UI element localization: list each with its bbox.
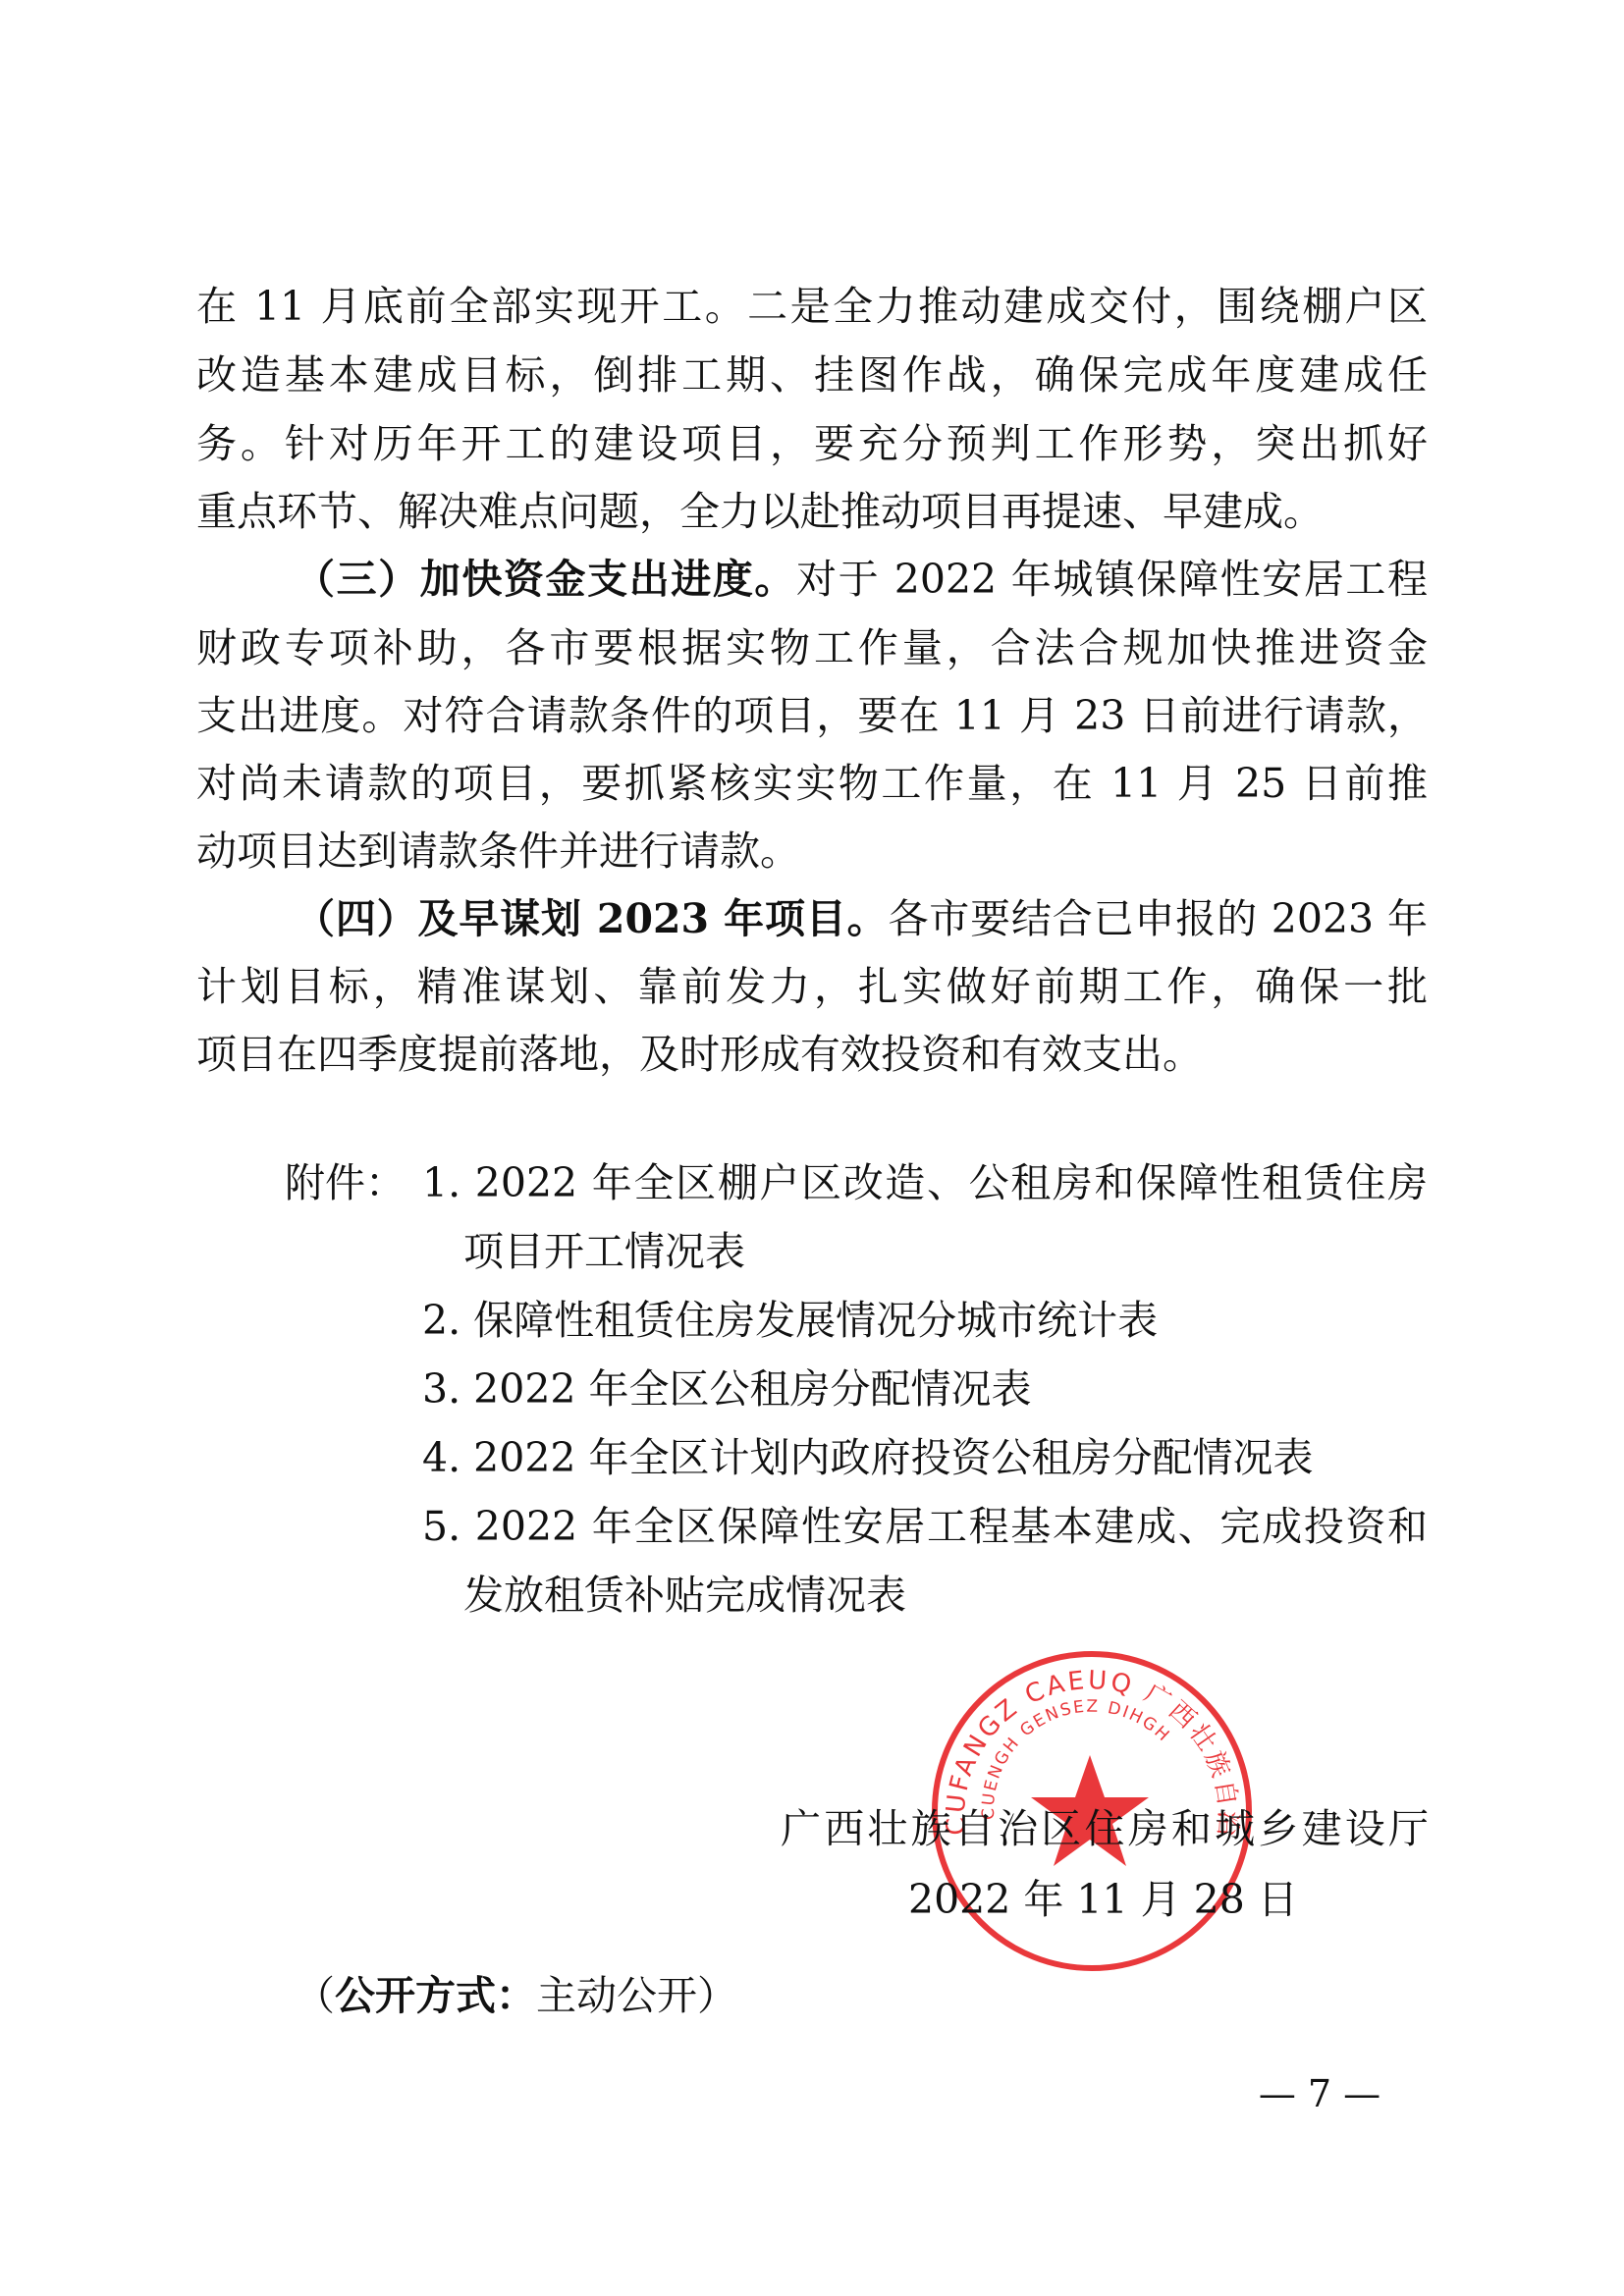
body-line: 财政专项补助，各市要根据实物工作量，合法合规加快推进资金 <box>196 614 1428 682</box>
attachments-label: 附件： <box>285 1148 406 1217</box>
body-line: 在 11 月底前全部实现开工。二是全力推动建成交付，围绕棚户区 <box>196 272 1428 341</box>
body-line: 重点环节、解决难点问题，全力以赴推动项目再提速、早建成。 <box>196 477 1428 546</box>
document-page: 在 11 月底前全部实现开工。二是全力推动建成交付，围绕棚户区 改造基本建成目标… <box>0 0 1624 2296</box>
attachment-item-5: 5. 2022 年全区保障性安居工程基本建成、完成投资和 <box>422 1492 1428 1561</box>
page-number: — 7 — <box>1257 2069 1382 2118</box>
disclosure-label: 公开方式： <box>335 1972 536 2019</box>
body-line: 务。针对历年开工的建设项目，要充分预判工作形势，突出抓好 <box>196 409 1428 478</box>
disclosure-line: （公开方式：主动公开） <box>295 1961 737 2030</box>
section-3-first-line: （三）加快资金支出进度。对于 2022 年城镇保障性安居工程 <box>295 545 1428 614</box>
issuer-name: 广西壮族自治区住房和城乡建设厅 <box>781 1794 1429 1863</box>
attachment-item-3: 3. 2022 年全区公租房分配情况表 <box>422 1355 1428 1423</box>
disclosure-value: 主动公开 <box>536 1972 697 2019</box>
body-line: 项目在四季度提前落地，及时形成有效投资和有效支出。 <box>196 1020 1428 1089</box>
attachment-item-1: 1. 2022 年全区棚户区改造、公租房和保障性租赁住房 <box>422 1148 1428 1217</box>
section-3-heading: （三）加快资金支出进度。 <box>295 556 796 603</box>
body-line: 对尚未请款的项目，要抓紧核实实物工作量，在 11 月 25 日前推 <box>196 749 1428 818</box>
issue-date: 2022 年 11 月 28 日 <box>908 1865 1262 1934</box>
disclosure-close-paren: ） <box>697 1972 737 2019</box>
body-line: 支出进度。对符合请款条件的项目，要在 11 月 23 日前进行请款， <box>196 681 1428 750</box>
attachment-item-1-cont: 项目开工情况表 <box>463 1217 1428 1286</box>
attachment-item-4: 4. 2022 年全区计划内政府投资公租房分配情况表 <box>422 1423 1428 1492</box>
section-4-first-line: （四）及早谋划 2023 年项目。各市要结合已申报的 2023 年 <box>295 884 1428 953</box>
section-4-text: 各市要结合已申报的 2023 年 <box>888 895 1428 942</box>
body-line: 动项目达到请款条件并进行请款。 <box>196 817 1428 885</box>
attachment-item-2: 2. 保障性租赁住房发展情况分城市统计表 <box>422 1286 1428 1355</box>
body-line: 改造基本建成目标，倒排工期、挂图作战，确保完成年度建成任 <box>196 341 1428 409</box>
section-3-text: 对于 2022 年城镇保障性安居工程 <box>796 556 1428 603</box>
body-line: 计划目标，精准谋划、靠前发力，扎实做好前期工作，确保一批 <box>196 952 1428 1021</box>
attachment-item-5-cont: 发放租赁补贴完成情况表 <box>463 1561 1428 1629</box>
section-4-heading: （四）及早谋划 2023 年项目。 <box>295 895 888 942</box>
disclosure-open-paren: （ <box>295 1972 335 2019</box>
